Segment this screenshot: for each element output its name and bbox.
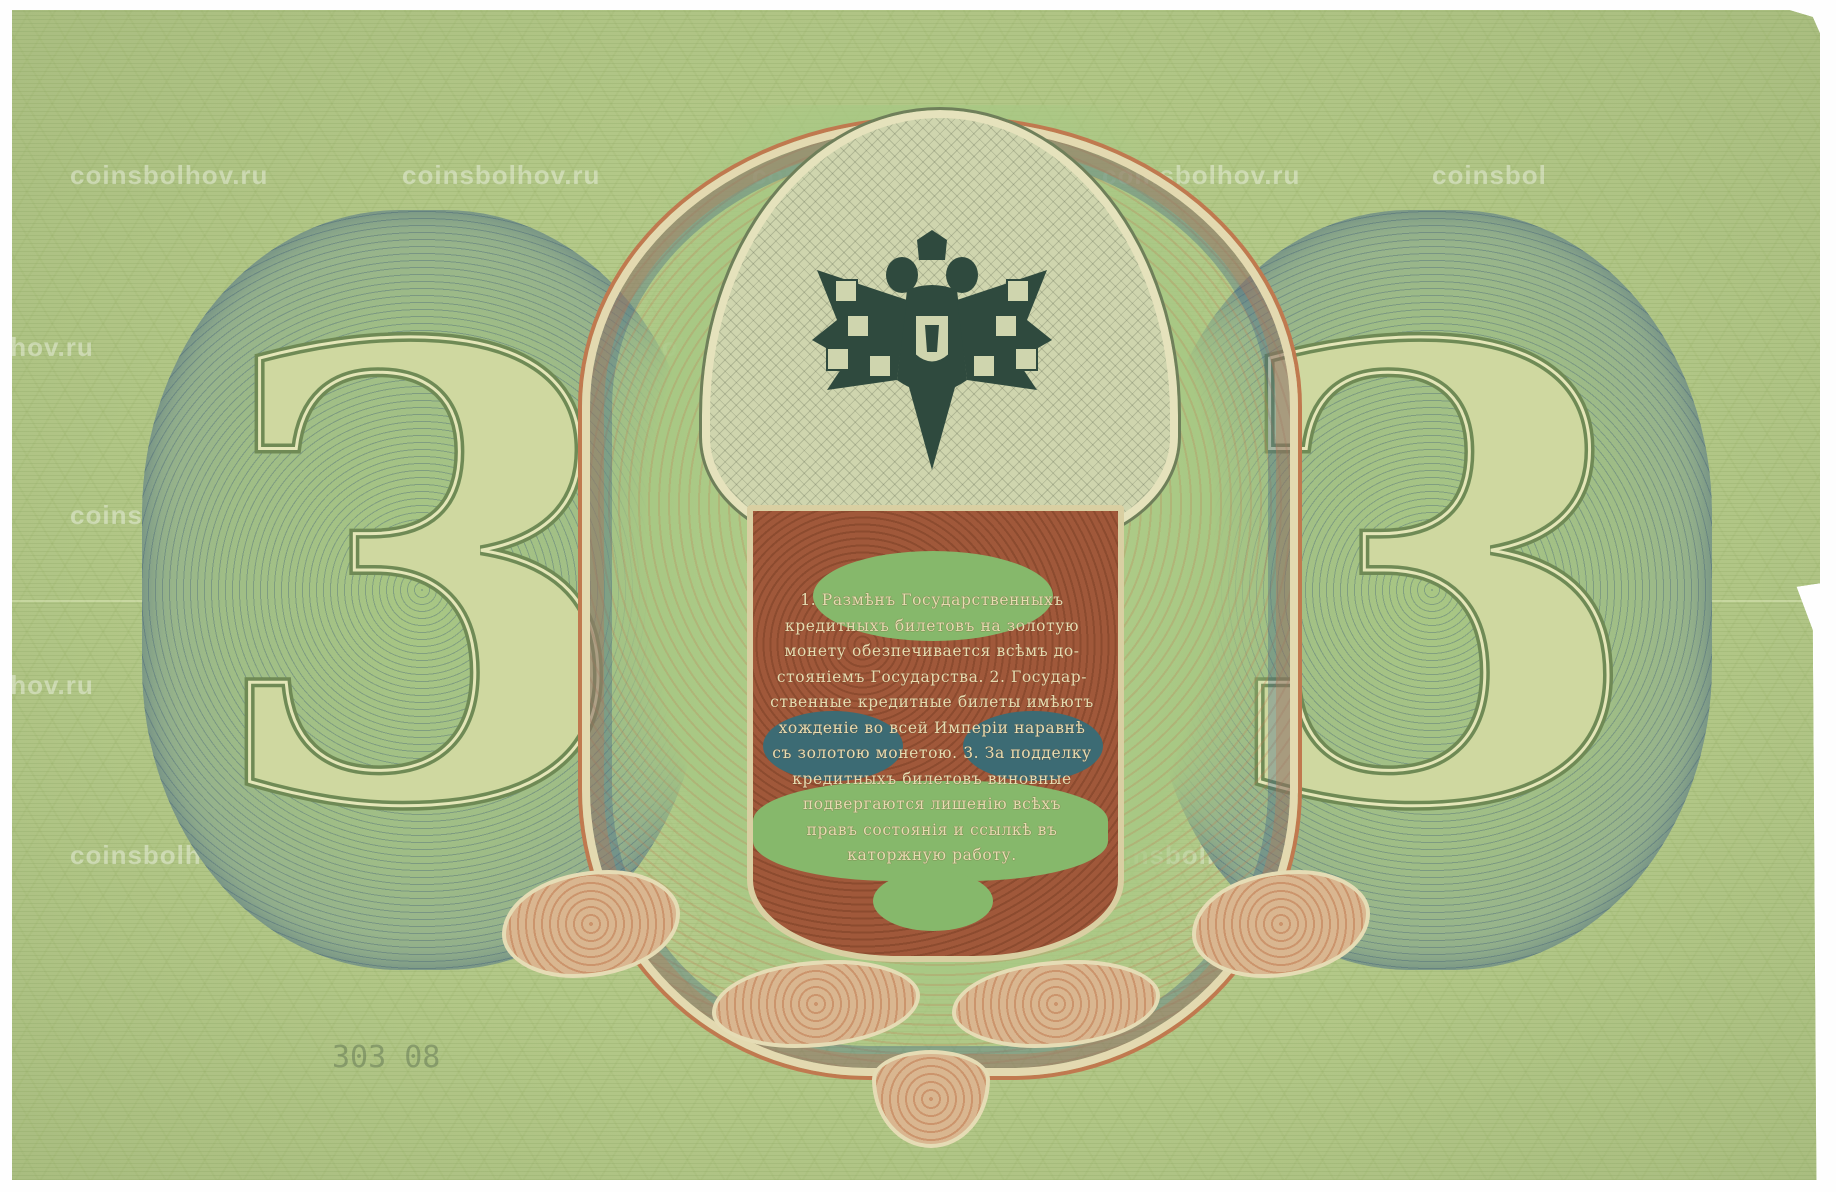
legend-line: стояніемъ Государства. 2. Государ- <box>754 665 1110 691</box>
double-headed-eagle-icon <box>807 230 1057 480</box>
legend-line: 1. Размѣнъ Государственныхъ <box>754 588 1110 614</box>
serial-number-faint: 303 08 <box>332 1040 440 1075</box>
legend-line: правъ состоянія и ссылкѣ въ <box>754 818 1110 844</box>
watermark: lhov.ru <box>2 332 94 363</box>
banknote: coinsbolhov.ru coinsbolhov.ru coinsbolho… <box>12 10 1820 1180</box>
watermark: coinsbol <box>1432 160 1547 191</box>
legend-line: кредитныхъ билетовъ виновные <box>754 767 1110 793</box>
legend-line: каторжную работу. <box>754 843 1110 869</box>
legend-line: хожденіе во всей Имперіи наравнѣ <box>754 716 1110 742</box>
watermark: coinsbolhov.ru <box>70 160 268 191</box>
legend-line: кредитныхъ билетовъ на золотую <box>754 614 1110 640</box>
shield-leaf-decoration <box>873 871 993 931</box>
legend-line: съ золотою монетою. 3. За подделку <box>754 741 1110 767</box>
legend-line: монету обезпечивается всѣмъ до- <box>754 639 1110 665</box>
legal-legend: 1. Размѣнъ Государственныхъ кредитныхъ б… <box>754 588 1110 869</box>
watermark: lhov.ru <box>2 670 94 701</box>
legend-line: подвергаются лишенію всѣхъ <box>754 792 1110 818</box>
legend-line: ственные кредитные билеты имѣютъ <box>754 690 1110 716</box>
bottom-point-ornament <box>872 1050 990 1148</box>
